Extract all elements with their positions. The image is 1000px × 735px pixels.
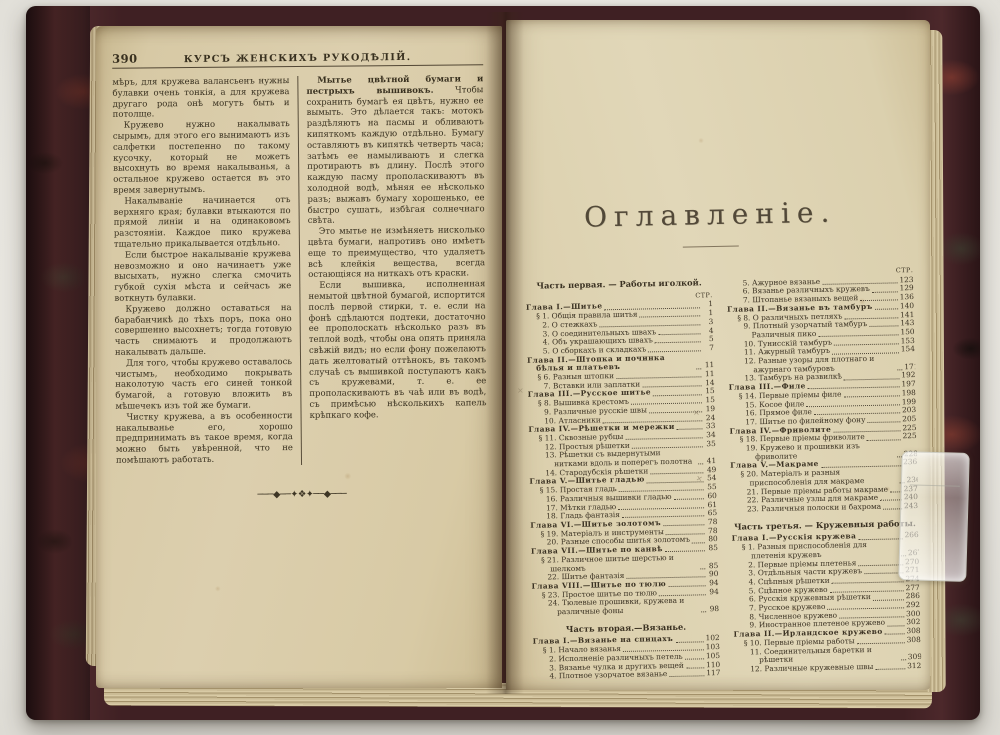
toc-row: Часть третья. — Кружевныя работы. bbox=[731, 519, 918, 531]
paragraph: Если быстрое накалываніе кружева невозмо… bbox=[114, 249, 292, 305]
dot-leader bbox=[700, 568, 705, 569]
left-page-header: 390 КУРСЪ ЖЕНСКИХЪ РУКОДѢЛІЙ. bbox=[112, 48, 483, 69]
heading-rule bbox=[683, 246, 739, 248]
paragraph: Кружево нужно накалывать сырымъ, для это… bbox=[113, 119, 291, 196]
paragraph-text: Кружево должно оставаться на барабанчикѣ… bbox=[115, 303, 292, 358]
dot-leader bbox=[875, 308, 898, 309]
toc-row-page: 35 bbox=[705, 440, 716, 449]
right-page: Оглавленіе. Часть первая. — Работы иголк… bbox=[506, 20, 930, 690]
toc-row-page: 308 bbox=[907, 636, 921, 645]
paragraph-text: Чтобы сохранить бумагѣ ея цвѣтъ, нужно е… bbox=[307, 85, 485, 226]
plastic-ruler bbox=[898, 451, 970, 582]
toc-row-title: СТР. bbox=[695, 291, 713, 300]
toc-heading: Оглавленіе. bbox=[503, 194, 918, 235]
running-title: КУРСЪ ЖЕНСКИХЪ РУКОДѢЛІЙ. bbox=[156, 52, 439, 66]
dot-leader bbox=[668, 585, 705, 587]
dot-leader bbox=[873, 599, 904, 601]
paragraph: Для того, чтобы кружево оставалось чисты… bbox=[115, 357, 293, 413]
table-of-contents: Часть первая. — Работы иголкой. СТР. Гла… bbox=[525, 266, 921, 680]
paragraph-text: Если вышивка, исполненная немытой цвѣтно… bbox=[308, 279, 486, 420]
toc-row: Часть вторая.—Вязанье. bbox=[532, 622, 719, 634]
toc-row-page: 312 bbox=[907, 662, 921, 671]
toc-row-page: 7 bbox=[703, 344, 714, 353]
book-photo: 390 КУРСЪ ЖЕНСКИХЪ РУКОДѢЛІЙ. мѣръ, для … bbox=[0, 0, 1000, 735]
page-number: 390 bbox=[112, 51, 156, 65]
paragraph-text: Для того, чтобы кружево оставалось чисты… bbox=[115, 357, 292, 412]
toc-row-title: Часть первая. — Работы иголкой. bbox=[525, 278, 712, 290]
toc-row-page: 117 bbox=[706, 669, 720, 678]
dot-leader bbox=[867, 422, 900, 424]
dot-leader bbox=[685, 658, 704, 659]
toc-row-title: 23. Различныя полоски и бахрома bbox=[747, 503, 881, 514]
paragraph: Это мытье не измѣняетъ нисколько цвѣта б… bbox=[308, 225, 486, 281]
dot-leader bbox=[696, 368, 701, 369]
paragraph-text: Накалываніе начинается отъ верхняго края… bbox=[114, 195, 291, 250]
paragraph: Чистку кружева, а въ особенности накалыв… bbox=[116, 411, 294, 467]
toc-row-page: 225 bbox=[902, 432, 916, 441]
dot-leader bbox=[674, 498, 704, 500]
paragraph: Мытье цвѣтной бумаги и пестрыхъ вышивокъ… bbox=[306, 74, 484, 227]
dot-leader bbox=[872, 291, 898, 293]
toc-row: 4. Плотное узорчатое вязанье 117 bbox=[533, 669, 720, 680]
toc-row: Часть первая. — Работы иголкой. bbox=[525, 278, 712, 290]
paragraph: мѣръ, для кружева валансьенъ нужны булав… bbox=[112, 76, 289, 121]
dot-leader bbox=[867, 439, 901, 441]
paragraph-text: Если быстрое накалываніе кружева невозмо… bbox=[114, 249, 291, 304]
pencil-mark: × bbox=[693, 408, 700, 417]
dot-leader bbox=[875, 668, 905, 670]
toc-row-title: Часть третья. — Кружевныя работы. bbox=[731, 519, 918, 531]
gutter-shadow bbox=[486, 12, 524, 694]
paragraph: Накалываніе начинается отъ верхняго края… bbox=[113, 195, 291, 251]
paragraph-text: Чистку кружева, а въ особенности накалыв… bbox=[116, 411, 293, 466]
dot-leader bbox=[677, 429, 703, 431]
paragraph-text: Кружево нужно накалывать сырымъ, для это… bbox=[113, 119, 291, 195]
toc-row: 24. Тюлевые прошивки, кружева и различны… bbox=[532, 596, 719, 617]
toc-row-title: Часть вторая.—Вязанье. bbox=[532, 622, 719, 634]
text-column-2: Мытье цвѣтной бумаги и пестрыхъ вышивокъ… bbox=[297, 74, 487, 464]
pencil-mark: × bbox=[517, 386, 524, 395]
left-page-columns: мѣръ, для кружева валансьенъ нужны булав… bbox=[112, 74, 487, 466]
paragraph-text: Это мытье не измѣняетъ нисколько цвѣта б… bbox=[308, 225, 485, 280]
toc-row-page: 94 bbox=[708, 588, 719, 597]
paragraph: Если вышивка, исполненная немытой цвѣтно… bbox=[308, 279, 486, 421]
dot-leader bbox=[692, 542, 705, 543]
toc-column-right: СТР. 5. Ажурное вязанье 123 6. Вязанье р… bbox=[721, 266, 921, 676]
dot-leader bbox=[675, 641, 703, 643]
left-page: 390 КУРСЪ ЖЕНСКИХЪ РУКОДѢЛІЙ. мѣръ, для … bbox=[96, 26, 502, 688]
dot-leader bbox=[869, 326, 898, 328]
dot-leader bbox=[901, 660, 906, 661]
toc-row-page: 154 bbox=[901, 345, 915, 354]
toc-row-title: 19. Кружево и прошивки изъ фриволите bbox=[746, 442, 895, 462]
dot-leader bbox=[698, 464, 703, 465]
toc-row-page: 98 bbox=[708, 605, 719, 614]
toc-row-title: 24. Тюлевые прошивки, кружева и различны… bbox=[548, 597, 699, 617]
tailpiece-ornament-icon: ───◆──✦❖✦──◆─── bbox=[116, 487, 487, 502]
text-column-1: мѣръ, для кружева валансьенъ нужны булав… bbox=[112, 76, 301, 466]
dot-leader bbox=[663, 524, 704, 526]
paragraph: Кружево должно оставаться на барабанчикѣ… bbox=[114, 303, 292, 359]
toc-row-page: 85 bbox=[707, 544, 718, 553]
dot-leader bbox=[669, 676, 704, 678]
book-spine bbox=[26, 6, 90, 720]
toc-row-title: СТР. bbox=[896, 266, 914, 275]
dot-leader bbox=[880, 500, 902, 501]
dot-leader bbox=[686, 667, 704, 668]
paragraph-text: мѣръ, для кружева валансьенъ нужны булав… bbox=[112, 76, 289, 120]
toc-row-title: 12. Различные кружевные швы bbox=[750, 663, 873, 674]
dot-leader bbox=[887, 625, 904, 626]
toc-row: 23. Различныя полоски и бахрома 243 bbox=[731, 502, 918, 514]
dot-leader bbox=[658, 333, 700, 335]
dot-leader bbox=[858, 564, 903, 566]
dot-leader bbox=[701, 612, 706, 613]
toc-row: 12. Различные кружевные швы 312 bbox=[734, 662, 921, 674]
toc-row-title: 4. Плотное узорчатое вязанье bbox=[549, 670, 667, 679]
dot-leader bbox=[885, 634, 905, 635]
